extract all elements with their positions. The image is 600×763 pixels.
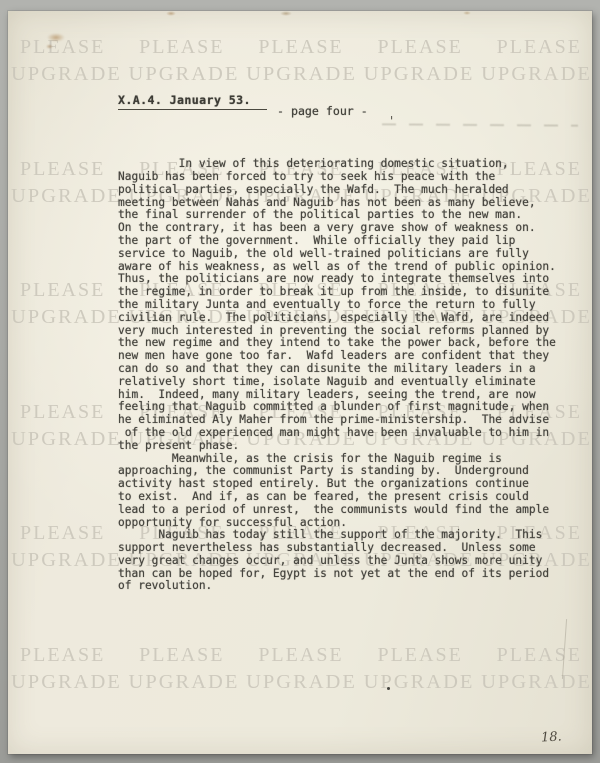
watermark-word: UPGRADE (364, 672, 475, 692)
watermark-word: PLEASE (139, 37, 224, 57)
watermark-word: UPGRADE (246, 672, 357, 692)
watermark-word: PLEASE (20, 159, 105, 179)
typed-body-text: In view of this deteriorating domestic s… (118, 158, 556, 593)
watermark-word: UPGRADE (481, 672, 592, 692)
watermark-word: PLEASE (20, 37, 105, 57)
watermark-word: PLEASE (497, 37, 582, 57)
scanned-document: PLEASEPLEASEPLEASEPLEASEPLEASEUPGRADEUPG… (0, 0, 600, 763)
stain (280, 11, 292, 16)
watermark-row: UPGRADEUPGRADEUPGRADEUPGRADEUPGRADE (8, 672, 592, 692)
faint-pencil-line (382, 123, 578, 126)
watermark-word: UPGRADE (11, 429, 122, 449)
watermark-row: PLEASEPLEASEPLEASEPLEASEPLEASE (8, 645, 592, 665)
watermark-word: UPGRADE (364, 64, 475, 84)
watermark-word: UPGRADE (11, 550, 122, 570)
watermark-word: UPGRADE (481, 64, 592, 84)
stain (47, 33, 65, 42)
stain (166, 11, 176, 16)
watermark-word: PLEASE (20, 645, 105, 665)
ink-speck (387, 687, 390, 690)
watermark-word: PLEASE (258, 37, 343, 57)
document-reference: X.A.4. January 53. (118, 93, 267, 107)
paper-crease (562, 619, 567, 679)
watermark-word: PLEASE (20, 523, 105, 543)
watermark-word: PLEASE (377, 645, 462, 665)
watermark-word: PLEASE (139, 645, 224, 665)
paper: PLEASEPLEASEPLEASEPLEASEPLEASEUPGRADEUPG… (8, 11, 592, 754)
document-reference-text: X.A.4. January 53. (118, 93, 267, 110)
watermark-row: UPGRADEUPGRADEUPGRADEUPGRADEUPGRADE (8, 64, 592, 84)
watermark-word: UPGRADE (11, 64, 122, 84)
watermark-word: PLEASE (497, 645, 582, 665)
page-number: 18. (541, 729, 562, 745)
watermark-word: PLEASE (20, 402, 105, 422)
watermark-word: UPGRADE (246, 64, 357, 84)
watermark-word: PLEASE (258, 645, 343, 665)
watermark-word: PLEASE (20, 280, 105, 300)
watermark-word: UPGRADE (11, 186, 122, 206)
watermark-word: UPGRADE (11, 307, 122, 327)
watermark-word: PLEASE (377, 37, 462, 57)
watermark-word: UPGRADE (11, 672, 122, 692)
stray-typed-mark: ' (388, 114, 395, 128)
stain (46, 44, 53, 49)
watermark-row: PLEASEPLEASEPLEASEPLEASEPLEASE (8, 37, 592, 57)
watermark-word: UPGRADE (129, 64, 240, 84)
watermark-word: UPGRADE (129, 672, 240, 692)
stain (463, 11, 471, 15)
page-label: - page four - (277, 104, 368, 118)
